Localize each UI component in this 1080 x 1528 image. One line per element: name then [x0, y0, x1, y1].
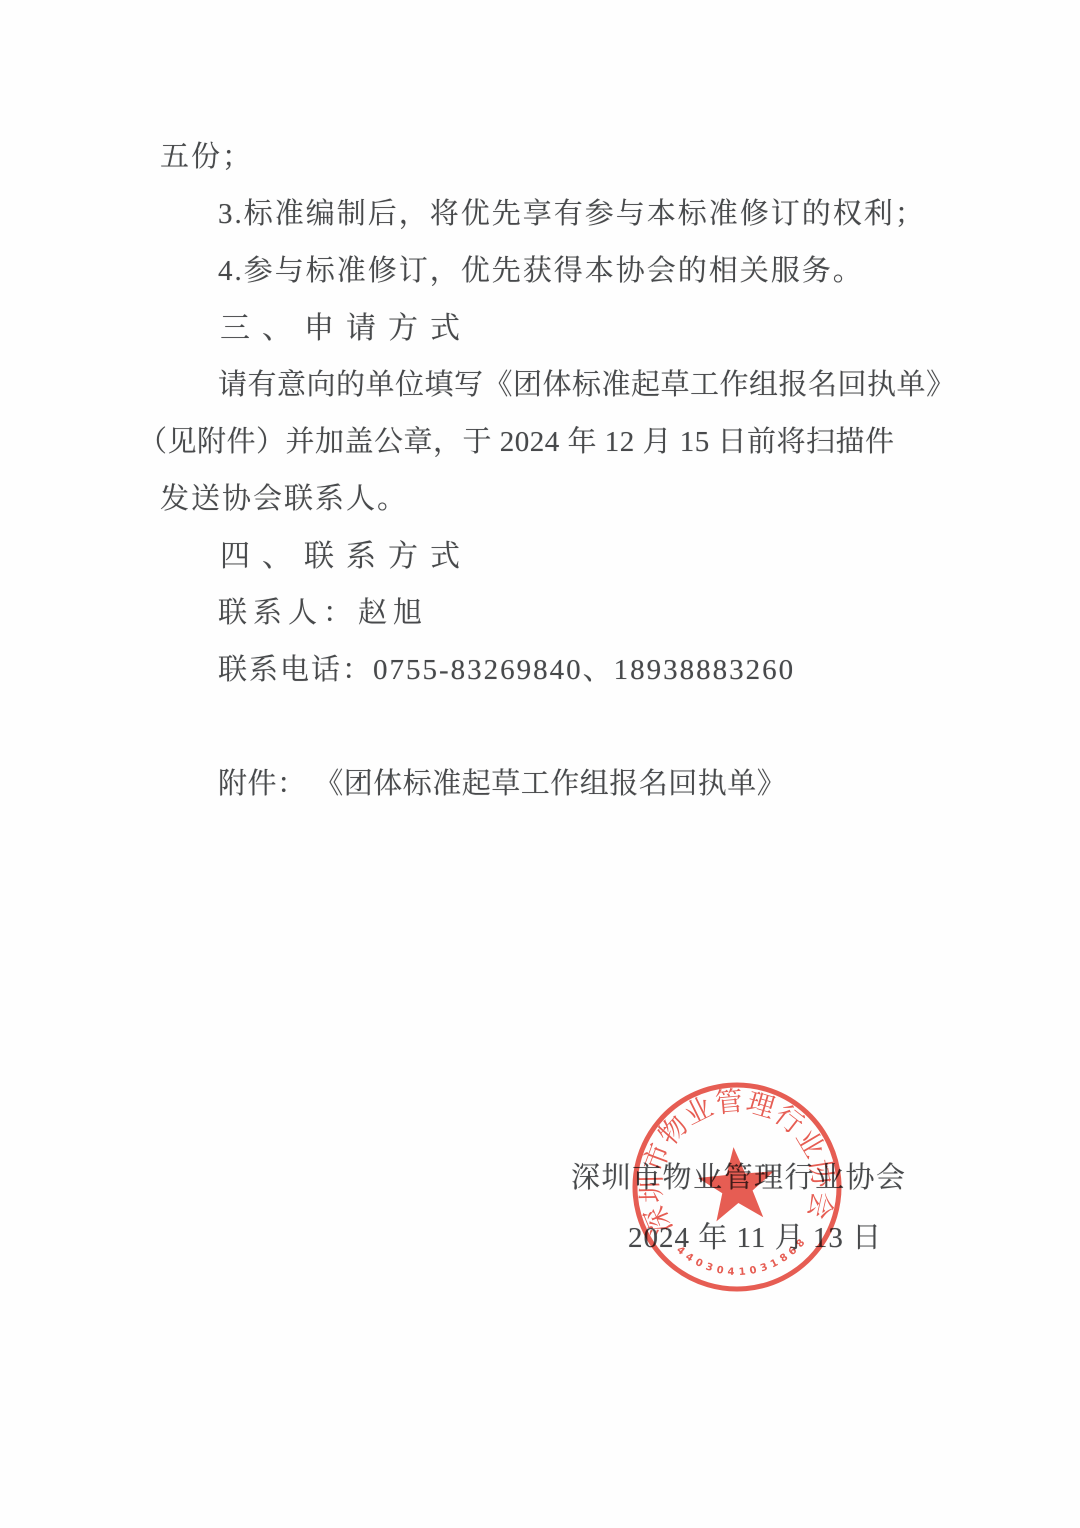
heading-contact-method: 四、联系方式 — [220, 539, 472, 575]
body-line-contact-phone: 联系电话：0755-83269840、18938883260 — [218, 653, 795, 688]
heading-application-method: 三、申请方式 — [220, 311, 472, 347]
body-line-attachment: 附件： 《团体标准起草工作组报名回执单》 — [218, 767, 786, 802]
scanned-letter-page: 五份； 3.标准编制后，将优先享有参与本标准修订的权利； 4.参与标准修订，优先… — [0, 0, 1080, 1528]
body-line-item-4: 4.参与标准修订，优先获得本协会的相关服务。 — [218, 254, 864, 289]
body-line-application-2: （见附件）并加盖公章，于 2024 年 12 月 15 日前将扫描件 — [138, 425, 895, 460]
seal-star-icon — [696, 1144, 778, 1223]
body-line-application-1: 请有意向的单位填写《团体标准起草工作组报名回执单》 — [218, 368, 956, 403]
body-line-carryover: 五份； — [160, 140, 253, 175]
official-red-seal: 深圳市物业管理行业协会 4403041031868 — [618, 1068, 856, 1306]
body-line-item-3: 3.标准编制后，将优先享有参与本标准修订的权利； — [218, 197, 926, 232]
body-line-contact-person: 联系人：赵旭 — [218, 596, 428, 631]
seal-registration-number: 4403041031868 — [674, 1233, 813, 1283]
body-line-application-3: 发送协会联系人。 — [160, 482, 408, 517]
